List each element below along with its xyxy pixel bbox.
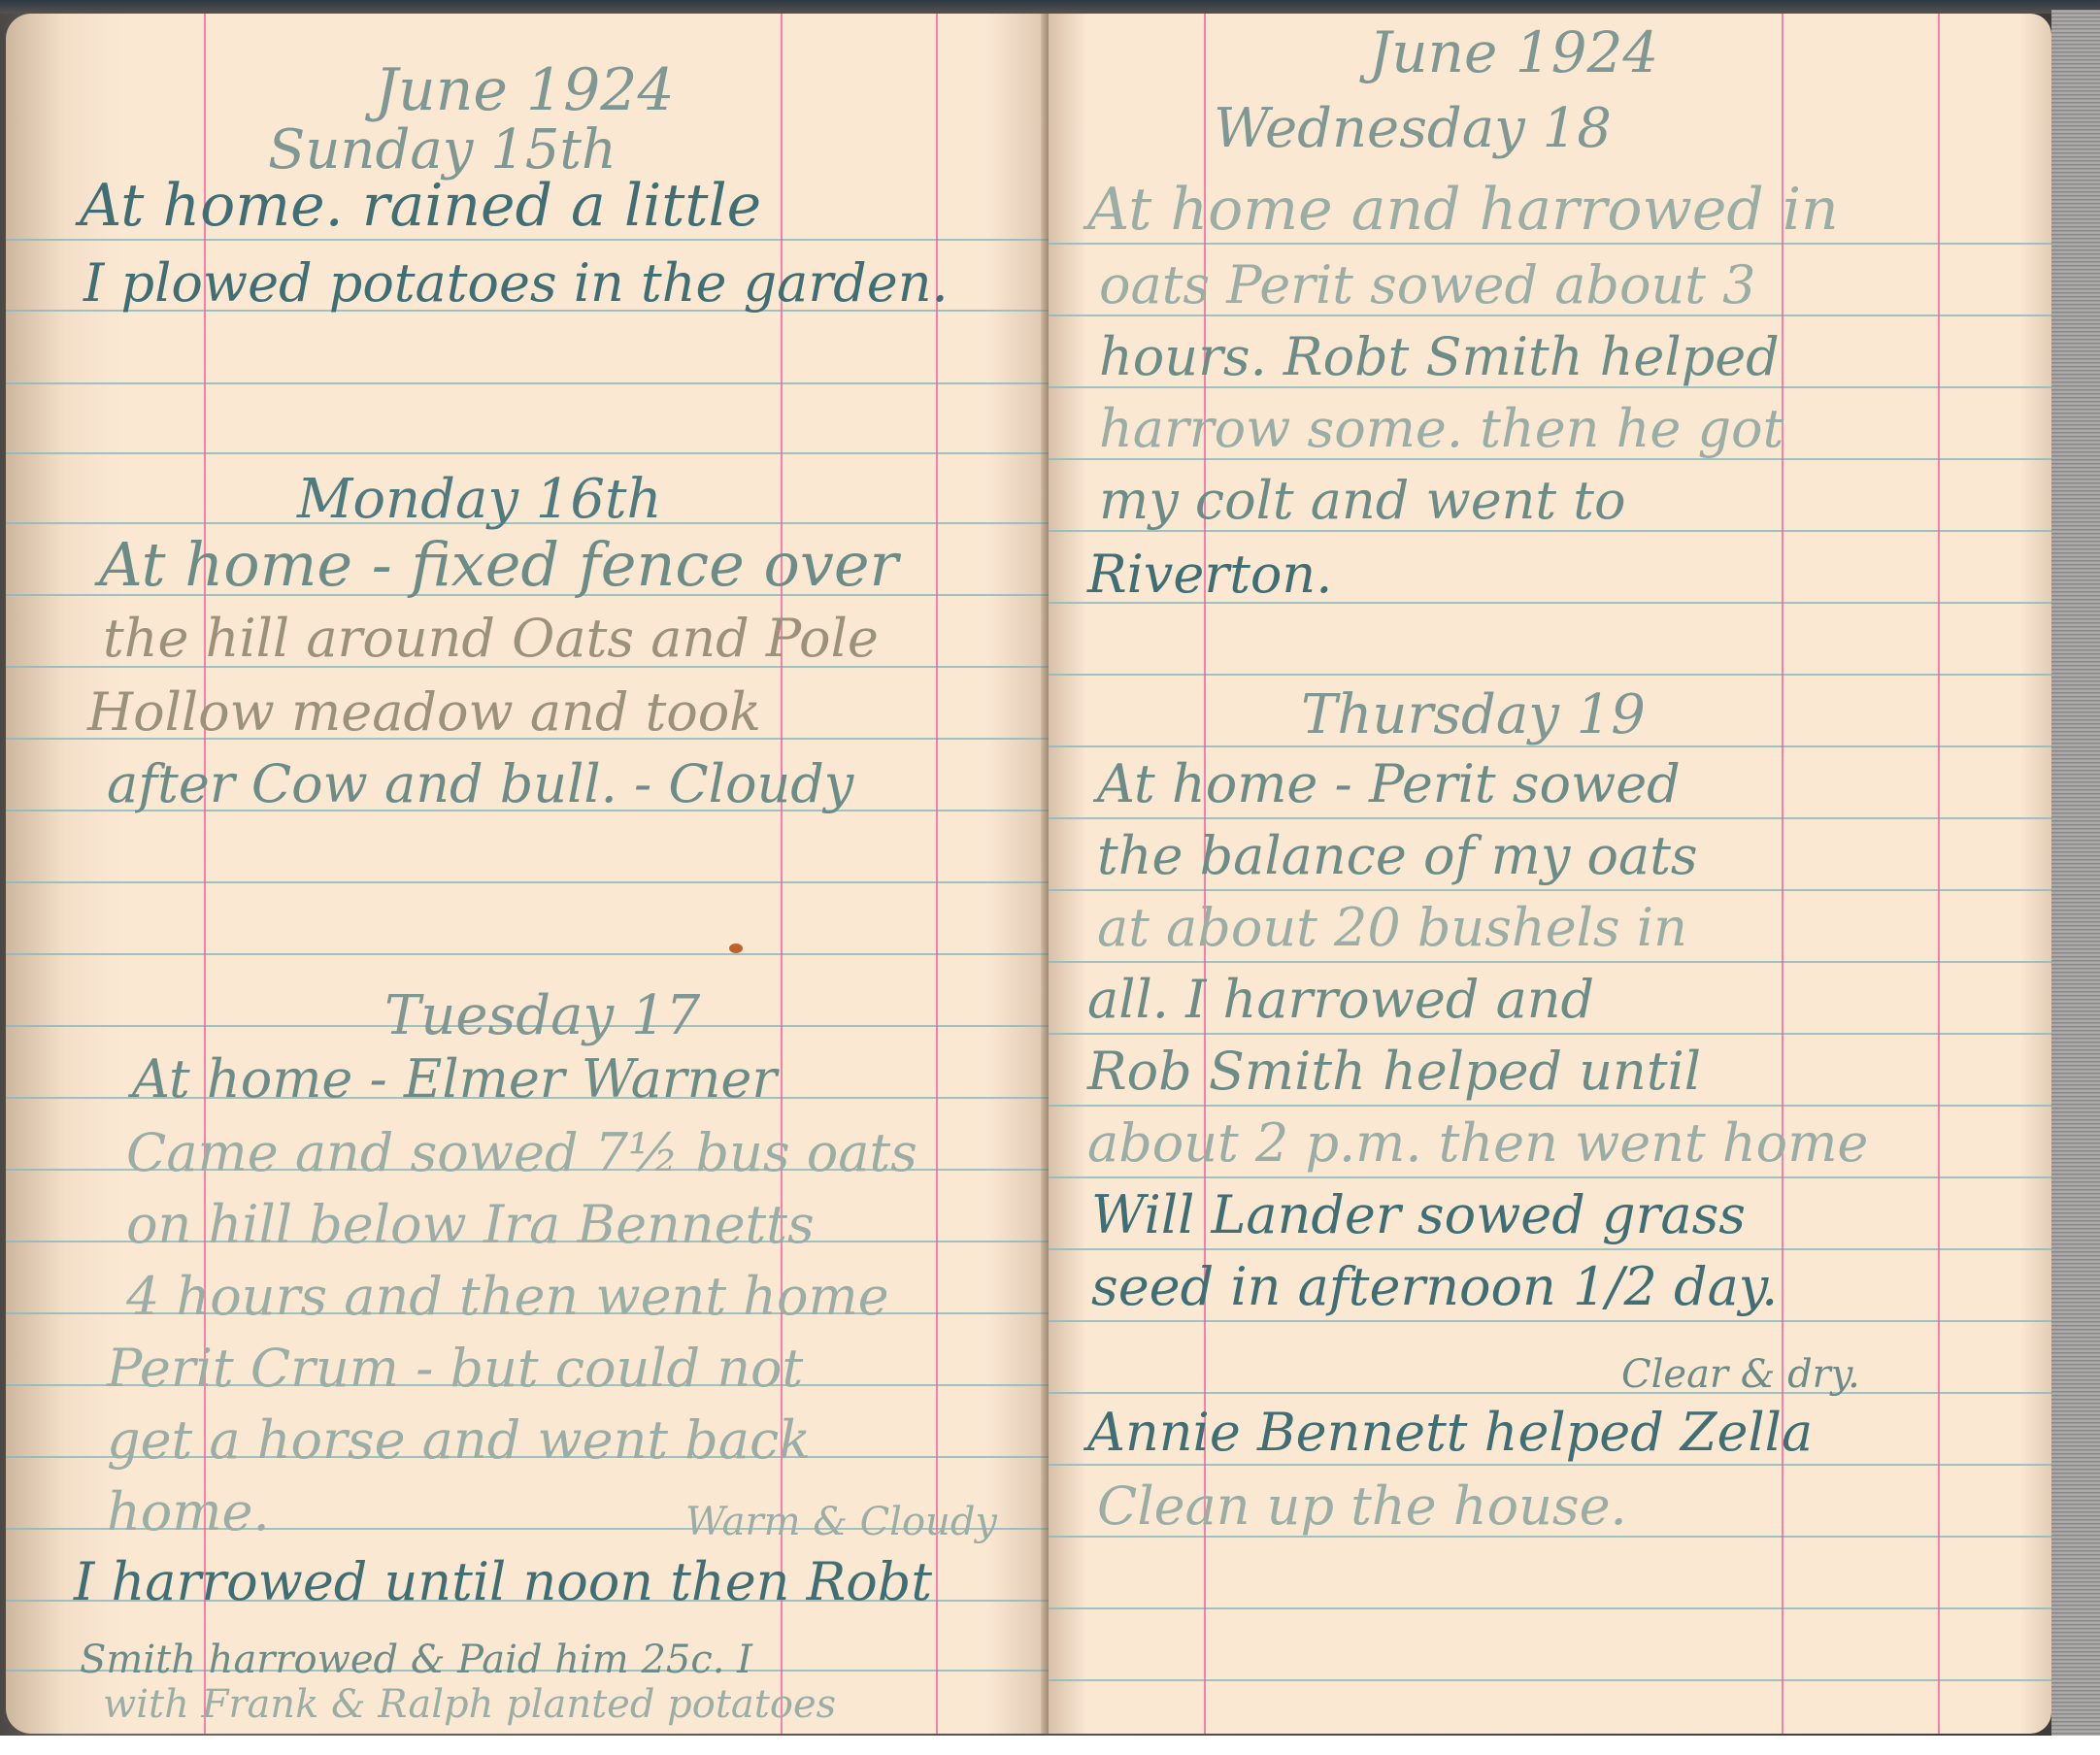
day-heading: Wednesday 18 xyxy=(1214,97,1612,160)
rule-line xyxy=(6,452,1049,454)
cover-right-edge xyxy=(2051,10,2100,1738)
entry-line: At home - Perit sowed xyxy=(1097,755,1681,813)
entry-line: Will Lander sowed grass xyxy=(1091,1186,1746,1244)
day-heading: Monday 16th xyxy=(297,468,662,531)
entry-line: Perit Crum - but could not xyxy=(107,1340,803,1398)
entry-line: oats Perit sowed about 3 xyxy=(1099,256,1756,315)
right-page: June 1924 Wednesday 18 At home and harro… xyxy=(1049,14,2051,1734)
rule-line xyxy=(1049,1033,2051,1035)
column-line xyxy=(1938,14,1940,1734)
entry-line: 4 hours and then went home xyxy=(126,1268,889,1326)
rule-line xyxy=(1049,1176,2051,1178)
rule-line xyxy=(1049,1464,2051,1466)
rule-line xyxy=(6,881,1049,883)
ink-stain xyxy=(729,944,743,953)
month-heading: June 1924 xyxy=(1369,19,1658,85)
rule-line xyxy=(6,953,1049,955)
cover-top-edge xyxy=(0,0,2100,14)
rule-line xyxy=(1049,674,2051,676)
entry-line: seed in afternoon 1/2 day. xyxy=(1091,1258,1778,1316)
weather-note: Warm & Cloudy xyxy=(685,1493,997,1551)
rule-line xyxy=(1049,1392,2051,1394)
entry-line: Clean up the house. xyxy=(1097,1477,1627,1536)
month-heading: June 1924 xyxy=(375,56,675,124)
entry-line: Annie Bennett helped Zella xyxy=(1087,1404,1813,1462)
entry-line: my colt and went to xyxy=(1099,472,1626,530)
entry-line: I plowed potatoes in the garden. xyxy=(83,254,949,313)
day-heading: Thursday 19 xyxy=(1301,683,1646,746)
rule-line xyxy=(1049,1248,2051,1250)
entry-line: at about 20 bushels in xyxy=(1097,899,1687,957)
entry-line: the hill around Oats and Pole xyxy=(103,610,879,668)
rule-line xyxy=(1049,1320,2051,1322)
entry-line: harrow some. then he got xyxy=(1099,400,1783,458)
entry-line: Came and sowed 7½ bus oats xyxy=(126,1124,917,1182)
entry-line: Riverton. xyxy=(1087,546,1332,604)
entry-line: At home - Elmer Warner xyxy=(132,1050,777,1109)
entry-line: Hollow meadow and took xyxy=(87,683,761,742)
rule-line xyxy=(1049,1105,2051,1107)
weather-note: Clear & dry. xyxy=(1621,1345,1860,1404)
entry-line: on hill below Ira Bennetts xyxy=(126,1196,815,1254)
rule-line xyxy=(6,382,1049,384)
entry-line: after Cow and bull. - Cloudy xyxy=(107,755,853,813)
entry-line: At home and harrowed in xyxy=(1087,181,1839,239)
entry-line: the balance of my oats xyxy=(1097,827,1698,885)
entry-line: I harrowed until noon then Robt xyxy=(74,1553,932,1611)
rule-line xyxy=(1049,1607,2051,1609)
rule-line xyxy=(1049,889,2051,891)
rule-line xyxy=(1049,961,2051,963)
entry-line: Rob Smith helped until xyxy=(1087,1043,1701,1101)
rule-line xyxy=(1049,817,2051,819)
entry-line: get a horse and went back xyxy=(107,1411,811,1470)
entry-line: all. I harrowed and xyxy=(1087,971,1594,1029)
rule-line xyxy=(1049,1679,2051,1681)
left-page: June 1924 Sunday 15th At home. rained a … xyxy=(6,14,1049,1734)
entry-line: about 2 p.m. then went home xyxy=(1087,1114,1868,1173)
entry-line: home. xyxy=(107,1483,270,1541)
entry-line: with Frank & Ralph planted potatoes xyxy=(103,1675,836,1734)
entry-line: At home. rained a little xyxy=(80,177,761,235)
entry-line: At home - fixed fence over xyxy=(99,536,898,594)
column-line xyxy=(1782,14,1783,1734)
day-heading: Tuesday 17 xyxy=(384,984,700,1047)
scan-margin xyxy=(0,1736,2100,1755)
entry-line: hours. Robt Smith helped xyxy=(1099,328,1780,386)
